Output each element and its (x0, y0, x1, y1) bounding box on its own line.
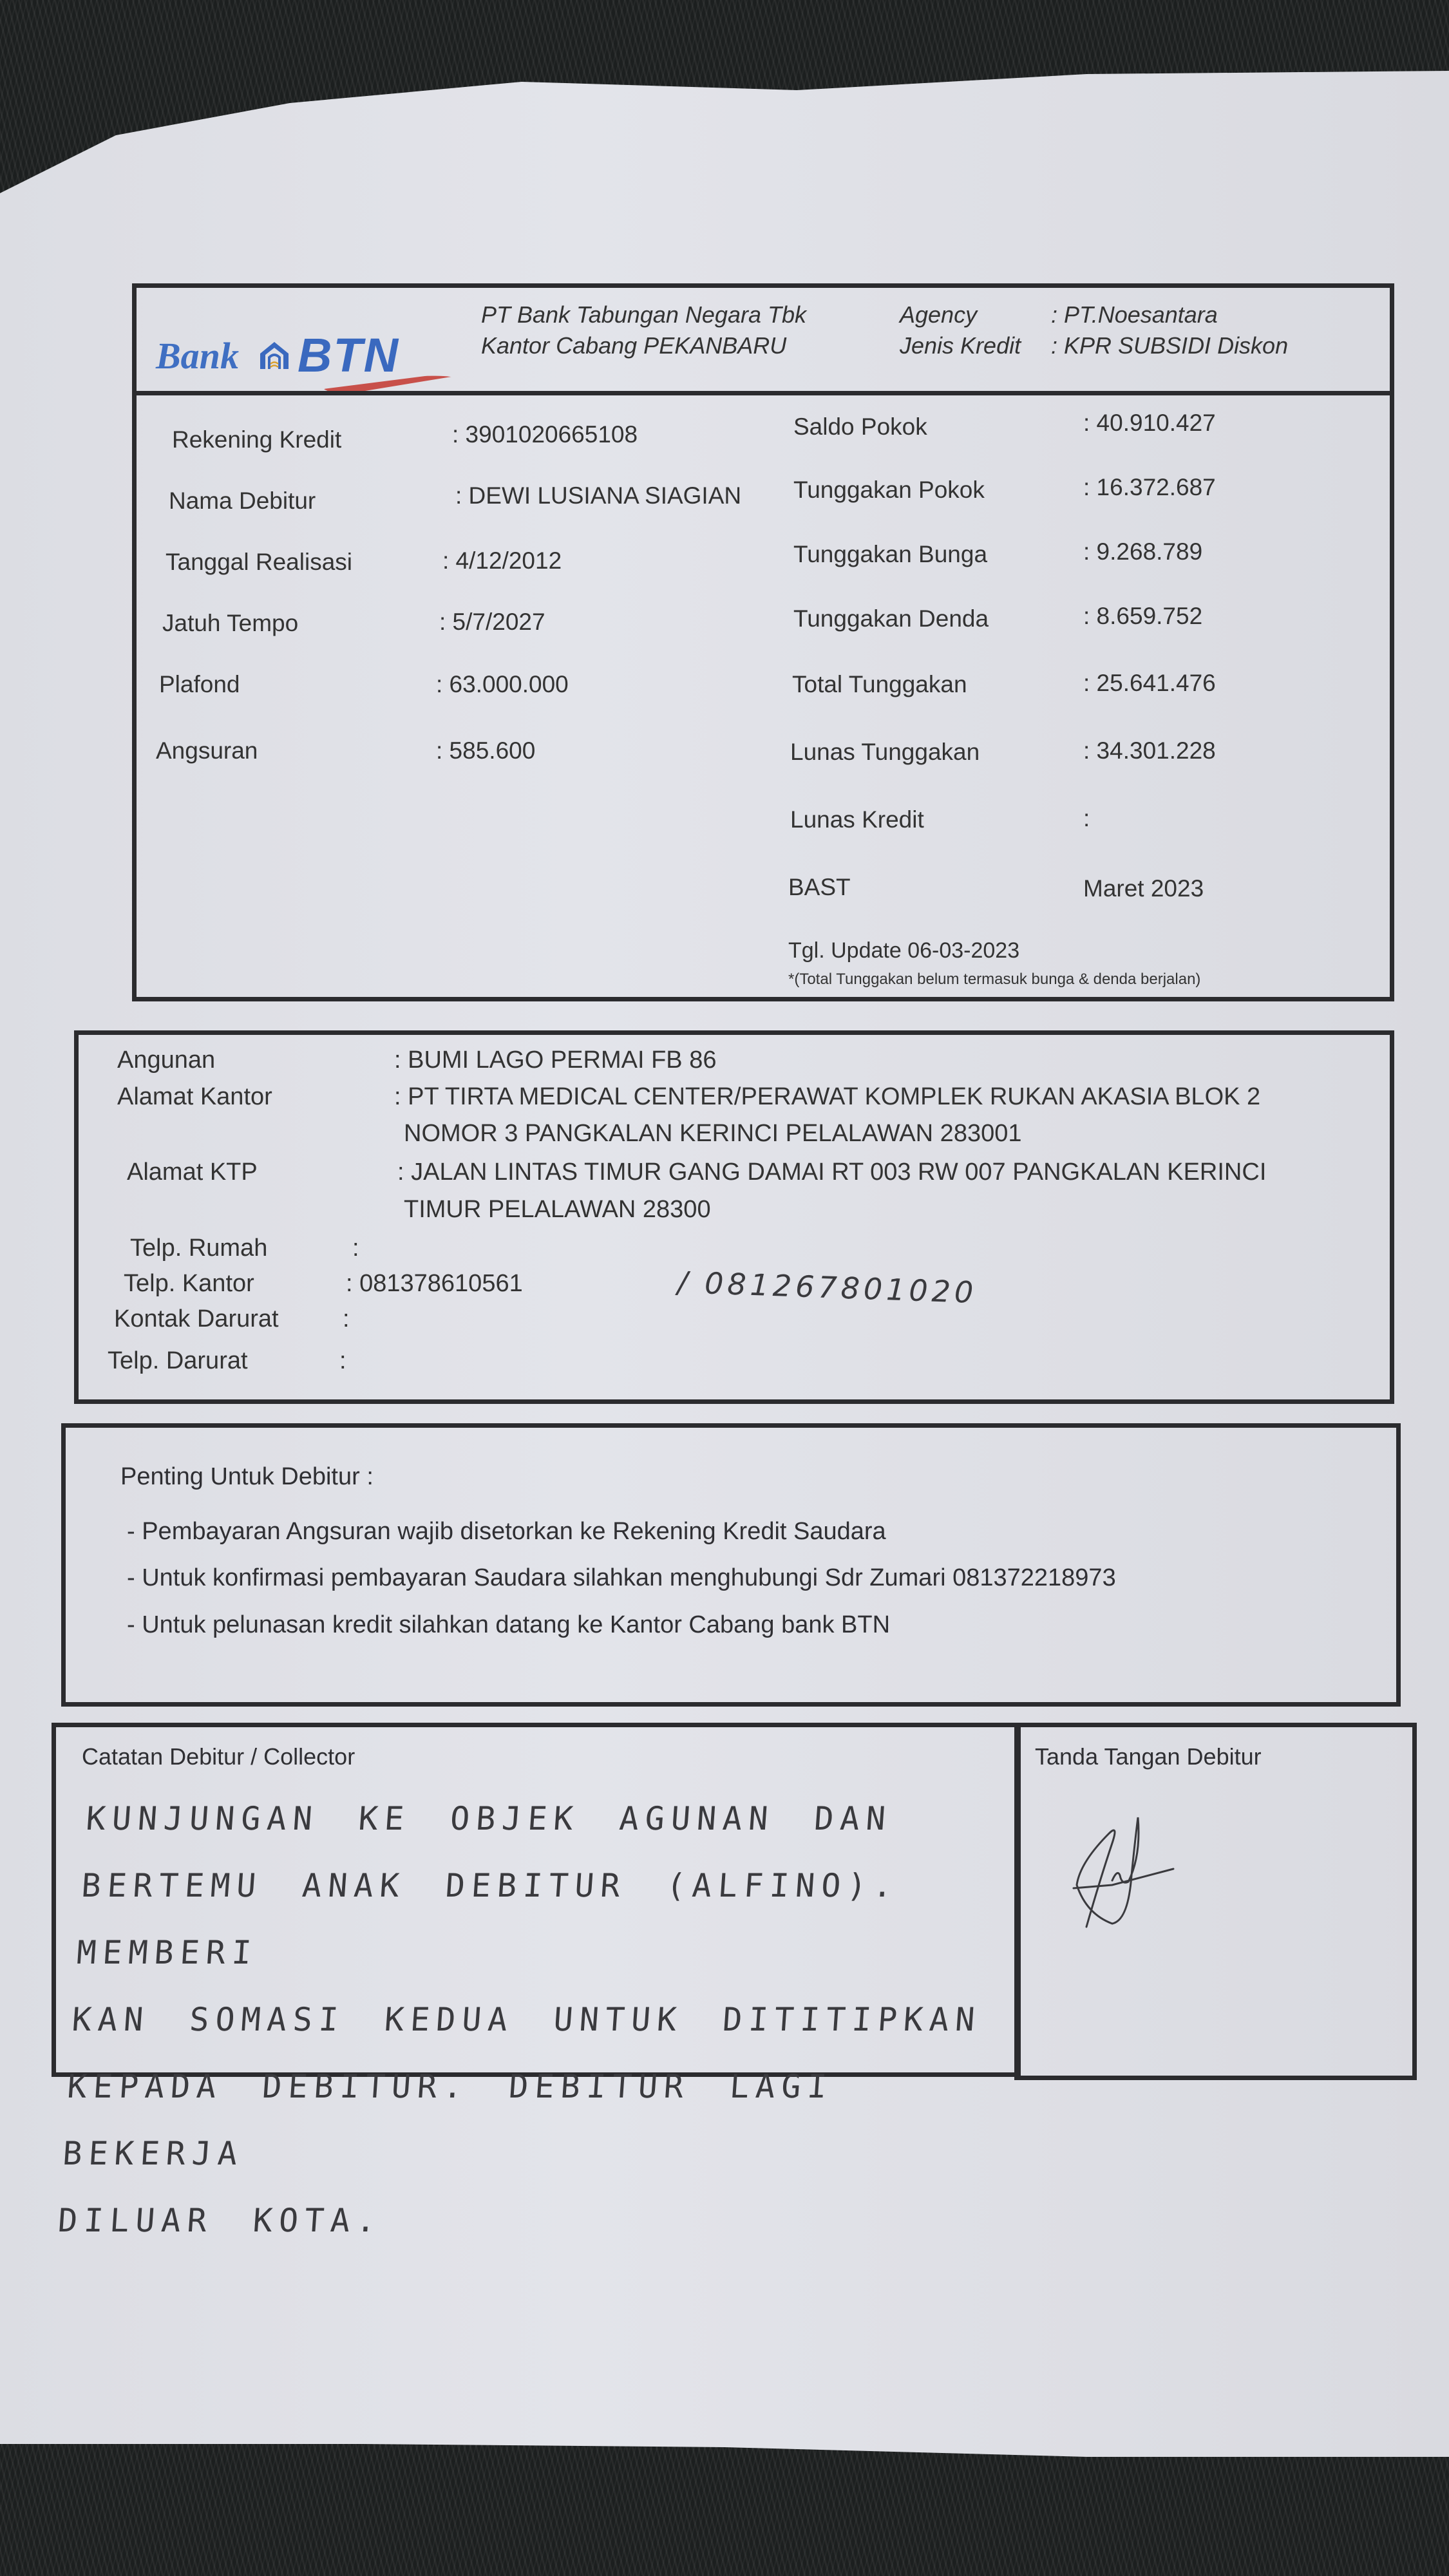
bank-org-info: PT Bank Tabungan Negara Tbk Kantor Caban… (481, 299, 806, 361)
field-total-tunggakan: Total Tunggakan: 25.641.476 (792, 671, 967, 698)
agency-info: Agency: PT.Noesantara Jenis Kredit: KPR … (900, 299, 1288, 361)
credit-type-label: Jenis Kredit (900, 330, 1051, 361)
notes-title: Catatan Debitur / Collector (82, 1743, 355, 1770)
field-rekening-kredit: Rekening Kredit: 3901020665108 (172, 426, 341, 453)
handwritten-notes: KUNJUNGAN KE OBJEK AGUNAN DAN BERTEMU AN… (56, 1785, 1029, 2254)
arrears-footnote: *(Total Tunggakan belum termasuk bunga &… (788, 971, 1200, 989)
instruction-item: - Untuk konfirmasi pembayaran Saudara si… (127, 1564, 1116, 1592)
field-angsuran: Angsuran: 585.600 (156, 737, 258, 764)
instructions-title: Penting Untuk Debitur : (120, 1463, 374, 1491)
field-saldo-pokok: Saldo Pokok: 40.910.427 (793, 413, 927, 440)
debtor-signature-box: Tanda Tangan Debitur (1014, 1723, 1417, 2080)
signature-scribble-icon (1048, 1804, 1189, 1933)
field-tunggakan-pokok: Tunggakan Pokok: 16.372.687 (793, 477, 985, 504)
field-tanggal-realisasi: Tanggal Realisasi: 4/12/2012 (166, 549, 352, 576)
instruction-item: - Pembayaran Angsuran wajib disetorkan k… (127, 1518, 886, 1546)
collateral-contact-box: Angunan: BUMI LAGO PERMAI FB 86 Alamat K… (74, 1030, 1394, 1404)
field-telp-rumah: Telp. Rumah: (130, 1235, 267, 1262)
note-line: BERTEMU ANAK DEBITUR (ALFINO). MEMBERI (75, 1852, 1025, 1986)
org-name: PT Bank Tabungan Negara Tbk (481, 299, 806, 330)
field-telp-kantor: Telp. Kantor: 081378610561 / 08126780102… (124, 1270, 254, 1298)
field-tunggakan-denda: Tunggakan Denda: 8.659.752 (793, 605, 989, 632)
agency-value: : PT.Noesantara (1051, 299, 1218, 330)
field-angunan: Angunan: BUMI LAGO PERMAI FB 86 (117, 1046, 215, 1074)
field-lunas-tunggakan: Lunas Tunggakan: 34.301.228 (790, 739, 980, 766)
note-line: KEPADA DEBITUR. DEBITUR LAGI BEKERJA (61, 2053, 1010, 2187)
account-summary-box: Bank BTN PT Bank Tabungan Negara Tbk Kan… (132, 283, 1394, 1001)
signature-title: Tanda Tangan Debitur (1035, 1743, 1262, 1770)
collector-notes-box: Catatan Debitur / Collector KUNJUNGAN KE… (52, 1723, 1021, 2077)
field-telp-darurat: Telp. Darurat: (108, 1347, 248, 1375)
credit-type-value: : KPR SUBSIDI Diskon (1051, 330, 1288, 361)
field-bast: BASTMaret 2023 (788, 874, 851, 901)
update-date: Tgl. Update 06-03-2023 (788, 938, 1019, 963)
field-lunas-kredit: Lunas Kredit: (790, 806, 924, 833)
handwritten-phone-number: / 081267801020 (677, 1265, 978, 1310)
logo-btn-word: BTN (298, 328, 399, 383)
bank-btn-logo: Bank BTN (156, 328, 459, 392)
logo-bank-word: Bank (156, 334, 239, 377)
house-icon (258, 338, 291, 372)
field-jatuh-tempo: Jatuh Tempo: 5/7/2027 (162, 610, 298, 637)
field-plafond: Plafond: 63.000.000 (159, 671, 240, 698)
field-alamat-kantor: Alamat Kantor: PT TIRTA MEDICAL CENTER/P… (117, 1083, 272, 1111)
note-line: KUNJUNGAN KE OBJEK AGUNAN DAN (84, 1785, 1028, 1852)
instruction-item: - Untuk pelunasan kredit silahkan datang… (127, 1611, 890, 1639)
debtor-instructions-box: Penting Untuk Debitur : - Pembayaran Ang… (61, 1423, 1401, 1707)
field-tunggakan-bunga: Tunggakan Bunga: 9.268.789 (793, 541, 987, 568)
field-nama-debitur: Nama Debitur: DEWI LUSIANA SIAGIAN (169, 488, 316, 515)
note-line: KAN SOMASI KEDUA UNTUK DITITIPKAN (70, 1986, 1014, 2053)
field-alamat-ktp: Alamat KTP: JALAN LINTAS TIMUR GANG DAMA… (127, 1159, 258, 1186)
field-kontak-darurat: Kontak Darurat: (114, 1305, 279, 1333)
note-line: DILUAR KOTA. (56, 2187, 1001, 2254)
branch-name: Kantor Cabang PEKANBARU (481, 330, 806, 361)
agency-label: Agency (900, 299, 1051, 330)
header-divider (137, 391, 1390, 395)
